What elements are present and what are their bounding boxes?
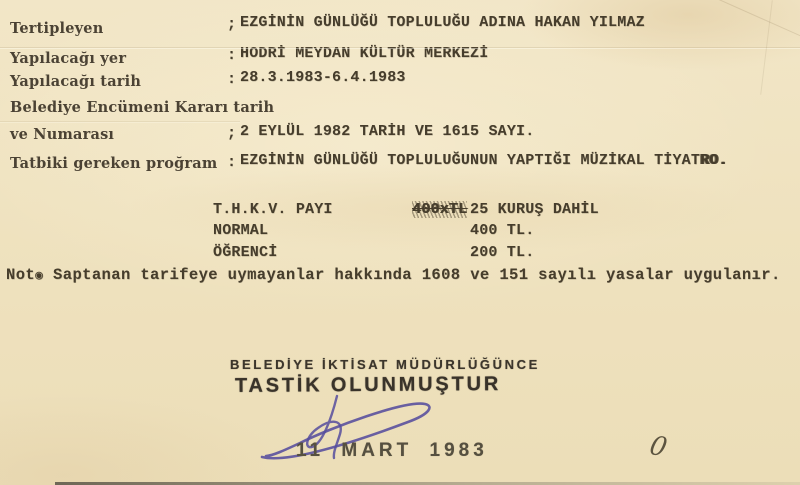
field-label: Yapılacağı tarih xyxy=(10,73,141,90)
scanned-document: Tertipleyen ; EZGİNİN GÜNLÜĞÜ TOPLULUĞU … xyxy=(0,0,800,485)
overstruck-text: RO. xyxy=(700,152,728,169)
field-label-line1: Belediye Encümeni Kararı tarih xyxy=(10,99,274,116)
date-stamp: 11 MART 1983 xyxy=(296,440,526,462)
tariff-name: NORMAL xyxy=(213,222,268,239)
tariff-name: ÖĞRENCİ xyxy=(213,244,277,261)
field-label: Tatbiki gereken proğram xyxy=(10,155,217,172)
field-separator: : xyxy=(227,154,236,171)
tariff-value: 400 TL. xyxy=(470,222,534,239)
field-separator: : xyxy=(227,47,236,64)
note-text: Saptanan tarifeye uymayanlar hakkında 16… xyxy=(53,266,781,284)
paper-crease-horizontal xyxy=(0,121,240,122)
note-line: Not◉ Saptanan tarifeye uymayanlar hakkın… xyxy=(6,266,781,284)
tariff-value: 200 TL. xyxy=(470,244,534,261)
handwritten-mark: 0 xyxy=(647,431,670,462)
field-separator: : xyxy=(227,71,236,88)
field-value: HODRİ MEYDAN KÜLTÜR MERKEZİ xyxy=(240,45,488,62)
tariff-name: T.H.K.V. PAYI xyxy=(213,201,333,218)
tariff-value: 25 KURUŞ DAHİL xyxy=(470,201,599,218)
field-value: 28.3.1983-6.4.1983 xyxy=(240,69,406,86)
field-label: Tertipleyen xyxy=(10,20,103,37)
tariff-row-student: ÖĞRENCİ 200 TL. xyxy=(0,0,800,20)
note-prefix: Not xyxy=(6,266,35,284)
field-value: 2 EYLÜL 1982 TARİH VE 1615 SAYI. xyxy=(240,123,534,140)
approval-stamp-line1: BELEDİYE İKTİSAT MÜDÜRLÜĞÜNCE xyxy=(230,357,530,372)
field-label-line2: ve Numarası xyxy=(10,126,114,143)
field-label: Yapılacağı yer xyxy=(10,50,126,67)
field-value: EZGİNİN GÜNLÜĞÜ TOPLULUĞUNUN YAPTIĞI MÜZ… xyxy=(240,152,728,169)
field-separator: ; xyxy=(227,125,236,142)
note-mark: ◉ xyxy=(35,268,43,283)
struck-amount: 400xTL xyxy=(412,201,467,218)
